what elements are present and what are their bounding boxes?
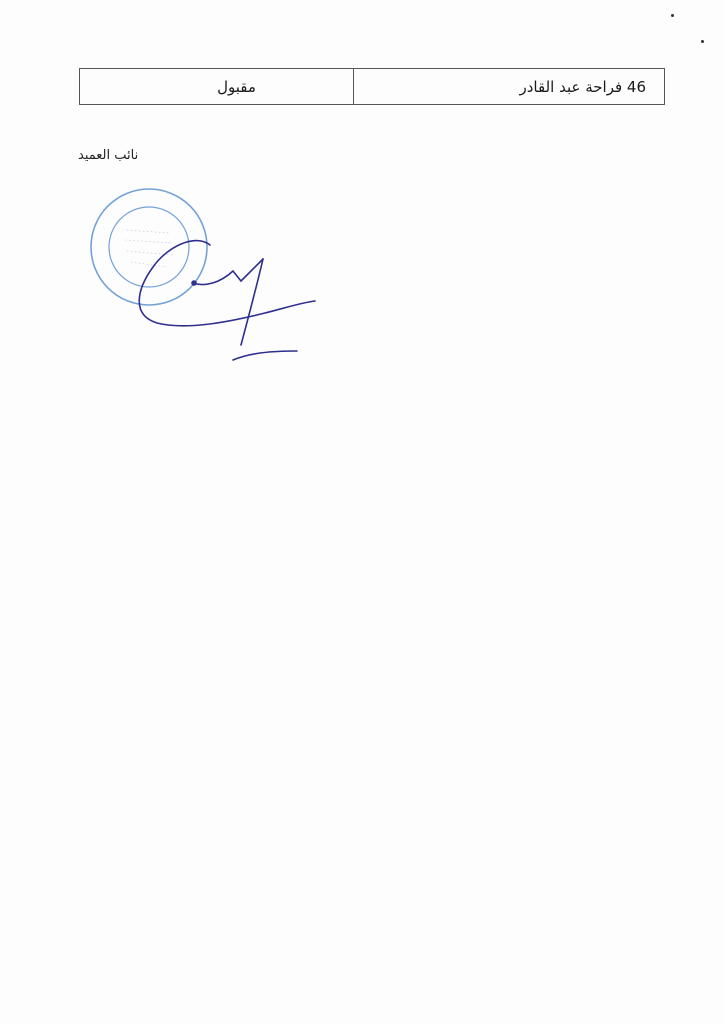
stamp-and-signature: جامعة حسيبة بن بوعلي الشلف ★ كلية الآداب… xyxy=(85,175,325,375)
status-text: مقبول xyxy=(217,78,256,96)
signature-icon xyxy=(139,241,315,360)
student-entry: 46 فراحة عبد القادر xyxy=(520,78,647,96)
results-table: 46 فراحة عبد القادر مقبول xyxy=(79,68,665,105)
scan-mark xyxy=(671,14,674,17)
scan-mark xyxy=(701,40,704,43)
svg-text:جامعة حسيبة بن بوعلي الشلف ★ ك: جامعة حسيبة بن بوعلي الشلف ★ كلية الآداب… xyxy=(85,175,93,188)
official-stamp-icon: جامعة حسيبة بن بوعلي الشلف ★ كلية الآداب… xyxy=(85,175,325,375)
status-cell: مقبول xyxy=(80,69,354,105)
table-row: 46 فراحة عبد القادر مقبول xyxy=(80,69,665,105)
student-name-cell: 46 فراحة عبد القادر xyxy=(354,69,665,105)
signature-title: نائب العميد xyxy=(78,148,138,163)
